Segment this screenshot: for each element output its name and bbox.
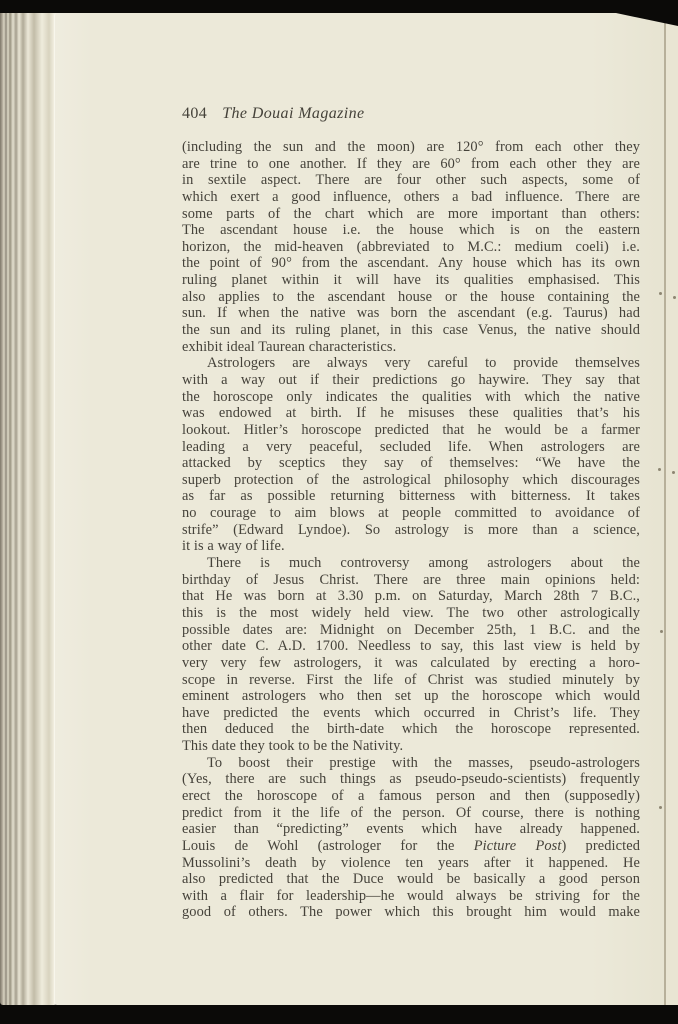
text-line: There is much controversy among astrolog… bbox=[182, 555, 640, 572]
text-line: erect the horoscope of a famous person a… bbox=[182, 788, 640, 805]
text-line: attacked by sceptics they say of themsel… bbox=[182, 455, 640, 472]
text-line: exhibit ideal Taurean characteristics. bbox=[182, 339, 640, 356]
text-line: strife” (Edward Lyndoe). So astrology is… bbox=[182, 522, 640, 539]
text-line: that He was born at 3.30 p.m. on Saturda… bbox=[182, 588, 640, 605]
text-line: it is a way of life. bbox=[182, 538, 640, 555]
book-scan: 404The Douai Magazine (including the sun… bbox=[0, 0, 678, 1024]
page-body: (including the sun and the moon) are 120… bbox=[182, 139, 640, 921]
text-line: lookout. Hitler’s horoscope predicted th… bbox=[182, 422, 640, 439]
stitch-mark bbox=[672, 471, 675, 474]
stitch-mark bbox=[658, 468, 661, 471]
text-line: some parts of the chart which are more i… bbox=[182, 206, 640, 223]
text-line: the sun and its ruling planet, in this c… bbox=[182, 322, 640, 339]
stitch-mark bbox=[659, 806, 662, 809]
text-line: have predicted the events which occurred… bbox=[182, 705, 640, 722]
text-line: sun. If when the native was born the asc… bbox=[182, 305, 640, 322]
text-line: easier than “predicting” events which ha… bbox=[182, 821, 640, 838]
text-line: superb protection of the astrological ph… bbox=[182, 472, 640, 489]
text-line: (including the sun and the moon) are 120… bbox=[182, 139, 640, 156]
text-line: very very few astrologers, it was calcul… bbox=[182, 655, 640, 672]
text-line: This date they took to be the Nativity. bbox=[182, 738, 640, 755]
text-line: are trine to one another. If they are 60… bbox=[182, 156, 640, 173]
text-line: eminent astrologers who then set up the … bbox=[182, 688, 640, 705]
text-line: birthday of Jesus Christ. There are thre… bbox=[182, 572, 640, 589]
text-line: horizon, the mid-heaven (abbreviated to … bbox=[182, 239, 640, 256]
text-line: Astrologers are always very careful to p… bbox=[182, 355, 640, 372]
text-line: Louis de Wohl (astrologer for the Pictur… bbox=[182, 838, 640, 855]
page-header: 404The Douai Magazine bbox=[182, 105, 365, 123]
page-number: 404 bbox=[182, 105, 207, 122]
text-line: also predicted that the Duce would be ba… bbox=[182, 871, 640, 888]
text-line: this is the most widely held view. The t… bbox=[182, 605, 640, 622]
text-line: was endowed at birth. If he misuses thes… bbox=[182, 405, 640, 422]
stitch-mark bbox=[659, 292, 662, 295]
scan-border-bottom bbox=[0, 1005, 678, 1024]
text-line: other date C. A.D. 1700. Needless to say… bbox=[182, 638, 640, 655]
text-line: Mussolini’s death by violence ten years … bbox=[182, 855, 640, 872]
text-line: no courage to aim blows at people commit… bbox=[182, 505, 640, 522]
text-line: scope in reverse. First the life of Chri… bbox=[182, 672, 640, 689]
text-line: the point of 90° from the ascendant. Any… bbox=[182, 255, 640, 272]
text-line: (Yes, there are such things as pseudo-ps… bbox=[182, 771, 640, 788]
stitch-mark bbox=[673, 296, 676, 299]
text-line: with a flair for leadership—he would alw… bbox=[182, 888, 640, 905]
text-line: the horoscope only indicates the qualiti… bbox=[182, 389, 640, 406]
text-line: which exert a good influence, others a b… bbox=[182, 189, 640, 206]
text-line: ruling planet within it will have its qu… bbox=[182, 272, 640, 289]
stitch-mark bbox=[660, 630, 663, 633]
text-line: good of others. The power which this bro… bbox=[182, 904, 640, 921]
text-line: then deduced the birth-date which the ho… bbox=[182, 721, 640, 738]
text-line: as far as possible returning bitterness … bbox=[182, 488, 640, 505]
text-line: in sextile aspect. There are four other … bbox=[182, 172, 640, 189]
text-line: predict from it the life of the person. … bbox=[182, 805, 640, 822]
text-line: leading a very peaceful, secluded life. … bbox=[182, 439, 640, 456]
magazine-title: The Douai Magazine bbox=[222, 105, 364, 122]
text-line: with a way out if their predictions go h… bbox=[182, 372, 640, 389]
text-line: To boost their prestige with the masses,… bbox=[182, 755, 640, 772]
book-page: 404The Douai Magazine (including the sun… bbox=[54, 13, 664, 1005]
text-line: also applies to the ascendant house or t… bbox=[182, 289, 640, 306]
text-line: possible dates are: Midnight on December… bbox=[182, 622, 640, 639]
book-page-edges bbox=[0, 13, 58, 1005]
facing-page-edge bbox=[666, 20, 678, 1005]
text-line: The ascendant house i.e. the house which… bbox=[182, 222, 640, 239]
